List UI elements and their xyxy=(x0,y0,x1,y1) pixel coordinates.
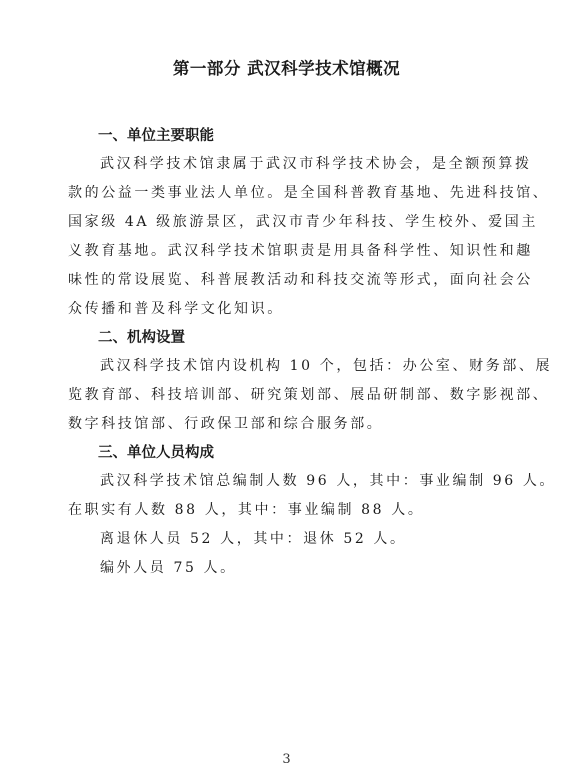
paragraph-line: 览教育部、科技培训部、研究策划部、展品研制部、数字影视部、 xyxy=(68,384,549,404)
paragraph-line: 武汉科学技术馆隶属于武汉市科学技术协会，是全额预算拨 xyxy=(100,153,532,173)
paragraph-line: 武汉科学技术馆总编制人数 96 人，其中：事业编制 96 人。 xyxy=(100,470,556,490)
paragraph-line: 众传播和普及科学文化知识。 xyxy=(68,298,284,318)
paragraph-line: 在职实有人数 88 人，其中：事业编制 88 人。 xyxy=(68,499,424,519)
paragraph-line: 离退休人员 52 人，其中：退休 52 人。 xyxy=(100,528,407,548)
paragraph-line: 数字科技馆部、行政保卫部和综合服务部。 xyxy=(68,413,383,433)
paragraph-line: 编外人员 75 人。 xyxy=(100,557,237,577)
section-heading-functions: 一、单位主要职能 xyxy=(98,124,214,145)
page-number: 3 xyxy=(0,752,573,767)
section-heading-organization: 二、机构设置 xyxy=(98,326,185,347)
paragraph-line: 武汉科学技术馆内设机构 10 个，包括：办公室、财务部、展 xyxy=(100,355,552,375)
section-heading-staff: 三、单位人员构成 xyxy=(98,441,214,462)
paragraph-line: 国家级 4A 级旅游景区，武汉市青少年科技、学生校外、爱国主 xyxy=(68,211,538,231)
paragraph-line: 味性的常设展览、科普展教活动和科技交流等形式，面向社会公 xyxy=(68,269,533,289)
paragraph-line: 款的公益一类事业法人单位。是全国科普教育基地、先进科技馆、 xyxy=(68,182,549,202)
paragraph-line: 义教育基地。武汉科学技术馆职责是用具备科学性、知识性和趣 xyxy=(68,240,533,260)
page-title: 第一部分 武汉科学技术馆概况 xyxy=(0,55,573,79)
